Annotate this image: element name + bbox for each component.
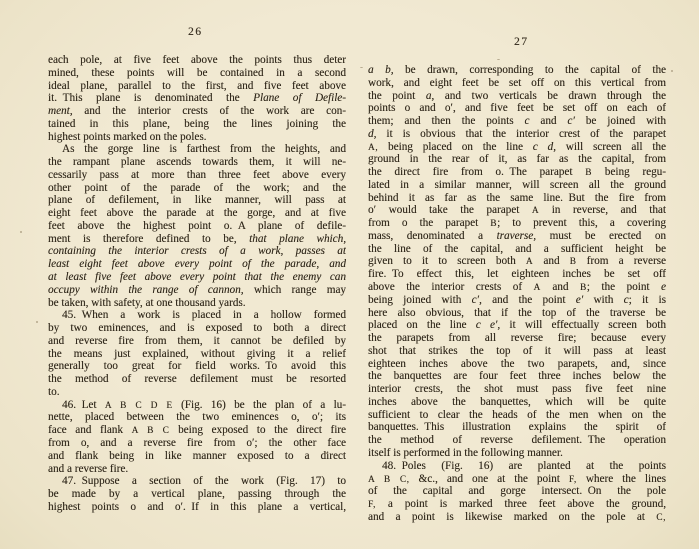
right-page-text-column: a b, be drawn, corresponding to the capi…: [368, 64, 666, 524]
text-line: generally too great for field works. To …: [48, 360, 346, 373]
paper-speck: [497, 59, 500, 60]
body-text: to.: [48, 386, 60, 398]
paragraph: 45. When a work is placed in a hollow fo…: [48, 309, 346, 398]
body-text: a point is marked three feet above the g…: [376, 498, 666, 510]
text-line: and a reverse fire.: [48, 463, 346, 476]
body-text: be made by a vertical plane, passing thr…: [48, 488, 346, 500]
text-line: and flank being in like manner exposed t…: [48, 450, 346, 463]
body-text: mined, these points will be contained in…: [48, 67, 346, 79]
text-line: them; and then the points c and c′ be jo…: [368, 115, 666, 128]
body-text: itself is performed in the following man…: [368, 447, 563, 459]
text-line: work, and eight feet be set off on this …: [368, 77, 666, 90]
body-text: highest points marked on the poles.: [48, 131, 206, 143]
text-line: cessarily pass at more than three feet a…: [48, 169, 346, 182]
body-text: fire. To effect this, let eighteen inche…: [368, 268, 666, 280]
body-text: highest points o and o′. If in this plan…: [48, 501, 346, 513]
text-line: at least five feet above every point tha…: [48, 271, 346, 284]
body-text: with: [583, 294, 623, 306]
paragraph: a b, be drawn, corresponding to the capi…: [368, 64, 666, 460]
text-line: the point a, and two verticals be drawn …: [368, 90, 666, 103]
body-text: by two eminences, and is exposed to both…: [48, 322, 346, 334]
body-text: ; the point: [587, 281, 661, 293]
italic-text: c′,: [472, 294, 482, 306]
body-text: lated in a similar manner, will screen a…: [368, 179, 666, 191]
body-text: must be erected on: [536, 230, 666, 242]
paper-speck: [325, 452, 327, 454]
body-text: be drawn, corresponding to the capital o…: [394, 64, 667, 76]
body-text: above the interior crests of: [368, 281, 534, 293]
body-text: ; it is: [629, 294, 666, 306]
paragraph: 48. Poles (Fig. 16) are planted at the p…: [368, 460, 666, 524]
text-line: above the interior crests of A and B; th…: [368, 281, 666, 294]
text-line: eighteen inches above the two parapets, …: [368, 358, 666, 371]
body-text: given to it to screen both: [368, 255, 526, 267]
italic-text: occupy within the range of cannon,: [48, 284, 244, 296]
body-text: being regu-: [592, 166, 666, 178]
text-line: feet above the highest point o. A plane …: [48, 220, 346, 233]
italic-text: that plane which,: [249, 233, 346, 245]
smallcaps-text: A B C: [132, 426, 170, 436]
body-text: work, and eight feet be set off on this …: [368, 77, 666, 89]
body-text: from o, and a reverse fire from o′; the …: [48, 437, 346, 449]
text-line: inches above the banquettes, which will …: [368, 396, 666, 409]
text-line: d, it is obvious that the interior crest…: [368, 128, 666, 141]
text-line: A, being placed on the line c d, will sc…: [368, 141, 666, 154]
text-line: be taken, with safety, at one thousand y…: [48, 297, 346, 310]
body-text: points o and o′, and five feet be set of…: [368, 102, 666, 114]
italic-text: c d,: [533, 141, 556, 153]
paragraph: 46. Let A B C D E (Fig. 16) be the plan …: [48, 399, 346, 476]
text-line: the line of the capital, and a sufficien…: [368, 243, 666, 256]
body-text: where the lines: [577, 473, 666, 485]
body-text: 45. When a work is placed in a hollow fo…: [62, 309, 346, 321]
text-line: and reverse fire from them, it cannot be…: [48, 335, 346, 348]
paper-speck: [20, 231, 22, 233]
italic-text: a,: [426, 90, 434, 102]
body-text: 48. Poles (Fig. 16) are planted at the p…: [382, 460, 666, 472]
body-text: and a point is likewise marked on the po…: [368, 511, 656, 523]
text-line: behind it as far as the same line. But t…: [368, 192, 666, 205]
body-text: it will effectually screen both: [500, 319, 666, 331]
body-text: o′ would take the parapet: [368, 204, 532, 216]
body-text: of the capital and gorge intersect. On t…: [368, 485, 666, 497]
body-text: generally too great for field works. To …: [48, 360, 346, 372]
text-line: a b, be drawn, corresponding to the capi…: [368, 64, 666, 77]
text-line: occupy within the range of cannon, which…: [48, 284, 346, 297]
body-text: feet above the highest point o. A plane …: [48, 220, 346, 232]
text-line: sufficient to clear the heads of the men…: [368, 409, 666, 422]
body-text: inches above the banquettes, which will …: [368, 396, 666, 408]
text-line: itself is performed in the following man…: [368, 447, 666, 460]
body-text: ground in the rear of it, as far as the …: [368, 153, 666, 165]
smallcaps-text: A: [534, 283, 541, 293]
smallcaps-text: A B C D E: [105, 401, 173, 411]
body-text: being joined with: [368, 294, 472, 306]
body-text: the banquettes are four feet three inche…: [368, 370, 666, 382]
body-text: shot that strikes the top of it will pas…: [368, 345, 666, 357]
body-text: and the point: [482, 294, 576, 306]
body-text: and the interior crests of the work are …: [73, 105, 346, 117]
paper-speck: [671, 70, 673, 72]
text-line: highest points o and o′. If in this plan…: [48, 501, 346, 514]
body-text: mass, denominated a: [368, 230, 497, 242]
text-line: ideal plane, parallel to the first, and …: [48, 80, 346, 93]
text-line: being joined with c′, and the point e′ w…: [368, 294, 666, 307]
smallcaps-text: F,: [569, 475, 577, 485]
text-line: of the capital and gorge intersect. On t…: [368, 485, 666, 498]
body-text: the means just explained, without giving…: [48, 348, 346, 360]
paper-speck: [36, 321, 38, 323]
italic-text: ment,: [48, 105, 73, 117]
body-text: 46. Let: [62, 399, 105, 411]
body-text: banquettes. This illustration explains t…: [368, 421, 666, 433]
text-line: shot that strikes the top of it will pas…: [368, 345, 666, 358]
text-line: the means just explained, without giving…: [48, 348, 346, 361]
body-text: it. This plane is denominated the: [48, 92, 253, 104]
book-spread: 26 27 each pole, at five feet above the …: [0, 0, 699, 549]
left-page-text-column: each pole, at five feet above the points…: [48, 54, 346, 514]
text-line: ment is therefore defined to be, that pl…: [48, 233, 346, 246]
body-text: being exposed to the direct fire: [169, 424, 346, 436]
text-line: to.: [48, 386, 346, 399]
body-text: from a reverse: [577, 255, 667, 267]
text-line: the method of reverse defilement must be…: [48, 373, 346, 386]
body-text: here also obvious, that if the top of th…: [368, 307, 666, 319]
text-line: here also obvious, that if the top of th…: [368, 307, 666, 320]
body-text: plane of defilement, in like manner, wil…: [48, 194, 346, 206]
text-line: and a point is likewise marked on the po…: [368, 511, 666, 524]
paragraph: each pole, at five feet above the points…: [48, 54, 346, 143]
body-text: eighteen inches above the two parapets, …: [368, 358, 666, 370]
body-text: ; to prevent this, a covering: [497, 217, 666, 229]
body-text: sufficient to clear the heads of the men…: [368, 409, 666, 421]
text-line: eight feet above the parade at the gorge…: [48, 207, 346, 220]
text-line: o′ would take the parapet A in reverse, …: [368, 204, 666, 217]
text-line: placed on the line c e′, it will effectu…: [368, 319, 666, 332]
body-text: the rampant plane ascends towards them, …: [48, 156, 346, 168]
text-line: ground in the rear of it, as far as the …: [368, 153, 666, 166]
page-number-left: 26: [188, 26, 203, 38]
text-line: fire. To effect this, let eighteen inche…: [368, 268, 666, 281]
text-line: 46. Let A B C D E (Fig. 16) be the plan …: [48, 399, 346, 412]
body-text: will screen all the: [556, 141, 666, 153]
text-line: the rampant plane ascends towards them, …: [48, 156, 346, 169]
text-line: 48. Poles (Fig. 16) are planted at the p…: [368, 460, 666, 473]
body-text: nette, placed between the two eminences …: [48, 411, 346, 423]
text-line: from o, and a reverse fire from o′; the …: [48, 437, 346, 450]
body-text: 47. Suppose a section of the work (Fig. …: [62, 475, 346, 487]
body-text: face and flank: [48, 424, 132, 436]
text-line: given to it to screen both A and B from …: [368, 255, 666, 268]
body-text: the direct fire from o. The parapet: [368, 166, 585, 178]
italic-text: Plane of Defile-: [253, 92, 346, 104]
body-text: tained in this plane, being the lines jo…: [48, 118, 346, 130]
body-text: behind it as far as the same line. But t…: [368, 192, 666, 204]
smallcaps-text: F,: [368, 500, 376, 510]
text-line: the parapets from all reverse fire; beca…: [368, 332, 666, 345]
body-text: and: [541, 281, 580, 293]
body-text: it is obvious that the interior crest of…: [376, 128, 666, 140]
body-text: placed on the line: [368, 319, 476, 331]
text-line: F, a point is marked three feet above th…: [368, 498, 666, 511]
body-text: in reverse, and that: [539, 204, 666, 216]
text-line: mined, these points will be contained in…: [48, 67, 346, 80]
text-line: from o the parapet B; to prevent this, a…: [368, 217, 666, 230]
text-line: the banquettes are four feet three inche…: [368, 370, 666, 383]
body-text: them; and then the points: [368, 115, 524, 127]
page-number-right: 27: [514, 36, 529, 48]
body-text: be joined with: [575, 115, 666, 127]
body-text: being placed on the line: [378, 141, 533, 153]
body-text: ment is therefore defined to be,: [48, 233, 249, 245]
smallcaps-text: B: [570, 257, 577, 267]
text-line: each pole, at five feet above the points…: [48, 54, 346, 67]
body-text: and a reverse fire.: [48, 463, 128, 475]
body-text: the point: [368, 90, 426, 102]
text-line: As the gorge line is farthest from the h…: [48, 143, 346, 156]
text-line: nette, placed between the two eminences …: [48, 411, 346, 424]
body-text: each pole, at five feet above the points…: [48, 54, 346, 66]
body-text: the method of reverse defilement. The op…: [368, 434, 666, 446]
smallcaps-text: A,: [368, 143, 378, 153]
text-line: ment, and the interior crests of the wor…: [48, 105, 346, 118]
body-text: and flank being in like manner exposed t…: [48, 450, 346, 462]
body-text: and reverse fire from them, it cannot be…: [48, 335, 346, 347]
text-line: other point of the parade of the work; a…: [48, 182, 346, 195]
text-line: banquettes. This illustration explains t…: [368, 421, 666, 434]
smallcaps-text: B: [585, 168, 592, 178]
text-line: tained in this plane, being the lines jo…: [48, 118, 346, 131]
body-text: ideal plane, parallel to the first, and …: [48, 80, 346, 92]
body-text: which range may: [244, 284, 346, 296]
body-text: the parapets from all reverse fire; beca…: [368, 332, 666, 344]
text-line: face and flank A B C being exposed to th…: [48, 424, 346, 437]
smallcaps-text: A B C,: [368, 475, 410, 485]
paragraph: As the gorge line is farthest from the h…: [48, 143, 346, 309]
italic-text: c′: [567, 115, 574, 127]
text-line: plane of defilement, in like manner, wil…: [48, 194, 346, 207]
italic-text: a b,: [368, 64, 394, 76]
body-text: cessarily pass at more than three feet a…: [48, 169, 346, 181]
body-text: be taken, with safety, at one thousand y…: [48, 297, 246, 309]
body-text: interior crests, the shot must pass five…: [368, 383, 666, 395]
text-line: the method of reverse defilement. The op…: [368, 434, 666, 447]
body-text: and: [529, 115, 567, 127]
italic-text: containing the interior crests of a work…: [48, 245, 346, 257]
text-line: mass, denominated a traverse, must be er…: [368, 230, 666, 243]
body-text: other point of the parade of the work; a…: [48, 182, 346, 194]
text-line: by two eminences, and is exposed to both…: [48, 322, 346, 335]
italic-text: c e′,: [476, 319, 500, 331]
italic-text: at least five feet above every point tha…: [48, 271, 346, 283]
body-text: As the gorge line is farthest from the h…: [62, 143, 346, 155]
italic-text: traverse,: [497, 230, 536, 242]
paper-speck: [360, 67, 363, 68]
body-text: eight feet above the parade at the gorge…: [48, 207, 346, 219]
smallcaps-text: B: [580, 283, 587, 293]
body-text: the line of the capital, and a sufficien…: [368, 243, 666, 255]
text-line: highest points marked on the poles.: [48, 131, 346, 144]
text-line: be made by a vertical plane, passing thr…: [48, 488, 346, 501]
text-line: least eight feet above every point of th…: [48, 258, 346, 271]
body-text: the method of reverse defilement must be…: [48, 373, 346, 385]
italic-text: e: [661, 281, 666, 293]
text-line: points o and o′, and five feet be set of…: [368, 102, 666, 115]
text-line: A B C, &c., and one at the point F, wher…: [368, 473, 666, 486]
italic-text: least eight feet above every point of th…: [48, 258, 346, 270]
text-line: interior crests, the shot must pass five…: [368, 383, 666, 396]
text-line: 45. When a work is placed in a hollow fo…: [48, 309, 346, 322]
text-line: the direct fire from o. The parapet B be…: [368, 166, 666, 179]
smallcaps-text: C,: [656, 513, 666, 523]
body-text: and two verticals be drawn through the: [434, 90, 666, 102]
body-text: &c., and one at the point: [410, 473, 569, 485]
body-text: from o the parapet: [368, 217, 490, 229]
text-line: lated in a similar manner, will screen a…: [368, 179, 666, 192]
body-text: (Fig. 16) be the plan of a lu-: [173, 399, 346, 411]
text-line: it. This plane is denominated the Plane …: [48, 92, 346, 105]
paragraph: 47. Suppose a section of the work (Fig. …: [48, 475, 346, 513]
body-text: and: [533, 255, 569, 267]
text-line: containing the interior crests of a work…: [48, 245, 346, 258]
text-line: 47. Suppose a section of the work (Fig. …: [48, 475, 346, 488]
